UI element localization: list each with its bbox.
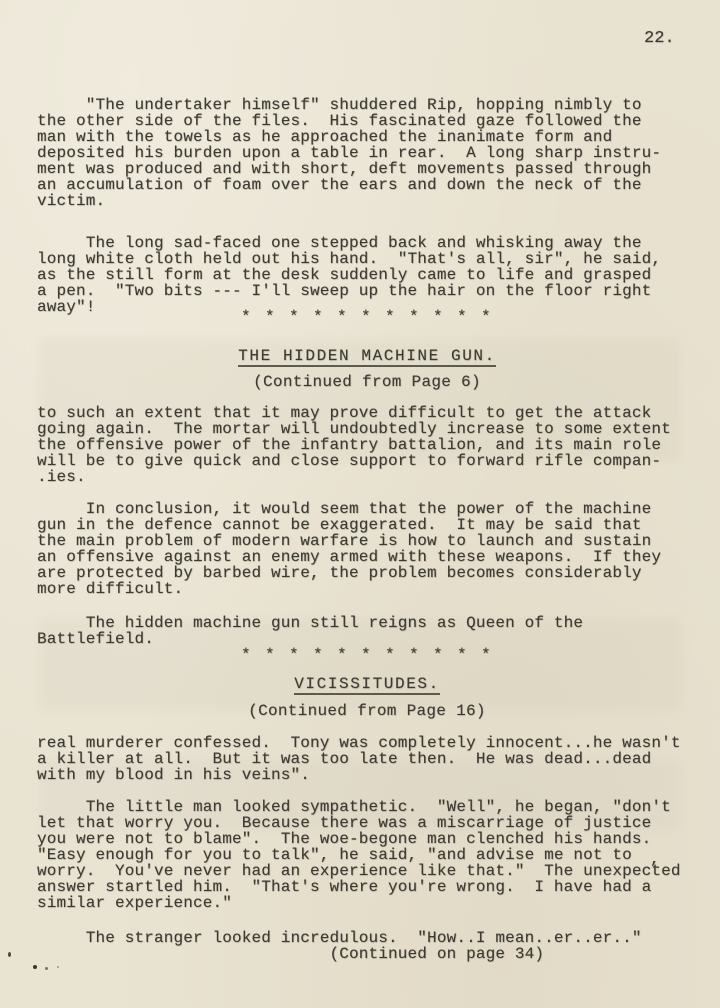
article-title: VICISSITUDES.: [294, 676, 440, 695]
paragraph-vicissitudes-3: The stranger looked incredulous. "How..I…: [37, 930, 697, 962]
paragraph-machine-gun-1: to such an extent that it may prove diff…: [37, 405, 697, 485]
article-title: THE HIDDEN MACHINE GUN.: [238, 348, 496, 367]
article-heading-machine-gun: THE HIDDEN MACHINE GUN.: [37, 348, 697, 367]
ink-speck: [57, 966, 59, 968]
paragraph-undertaker-2: The long sad-faced one stepped back and …: [37, 235, 697, 315]
typewritten-page: 22. "The undertaker himself" shuddered R…: [0, 0, 720, 1008]
paragraph-vicissitudes-1: real murderer confessed. Tony was comple…: [37, 735, 697, 783]
article-heading-vicissitudes: VICISSITUDES.: [37, 676, 697, 695]
paragraph-machine-gun-2: In conclusion, it would seem that the po…: [37, 501, 697, 597]
ink-speck: [8, 952, 11, 957]
page-number: 22.: [644, 30, 675, 47]
paragraph-undertaker-1: "The undertaker himself" shuddered Rip, …: [37, 97, 697, 209]
paragraph-vicissitudes-2: The little man looked sympathetic. "Well…: [37, 799, 697, 911]
asterisk-divider: * * * * * * * * * * *: [37, 309, 697, 325]
continued-from-note: (Continued from Page 6): [37, 374, 697, 390]
continued-from-note: (Continued from Page 16): [37, 703, 697, 719]
asterisk-divider: * * * * * * * * * * *: [37, 647, 697, 663]
ink-speck: [33, 965, 37, 969]
ink-speck: [45, 967, 48, 970]
stray-typed-comma: ,: [650, 851, 660, 867]
paragraph-machine-gun-3: The hidden machine gun still reigns as Q…: [37, 615, 697, 647]
